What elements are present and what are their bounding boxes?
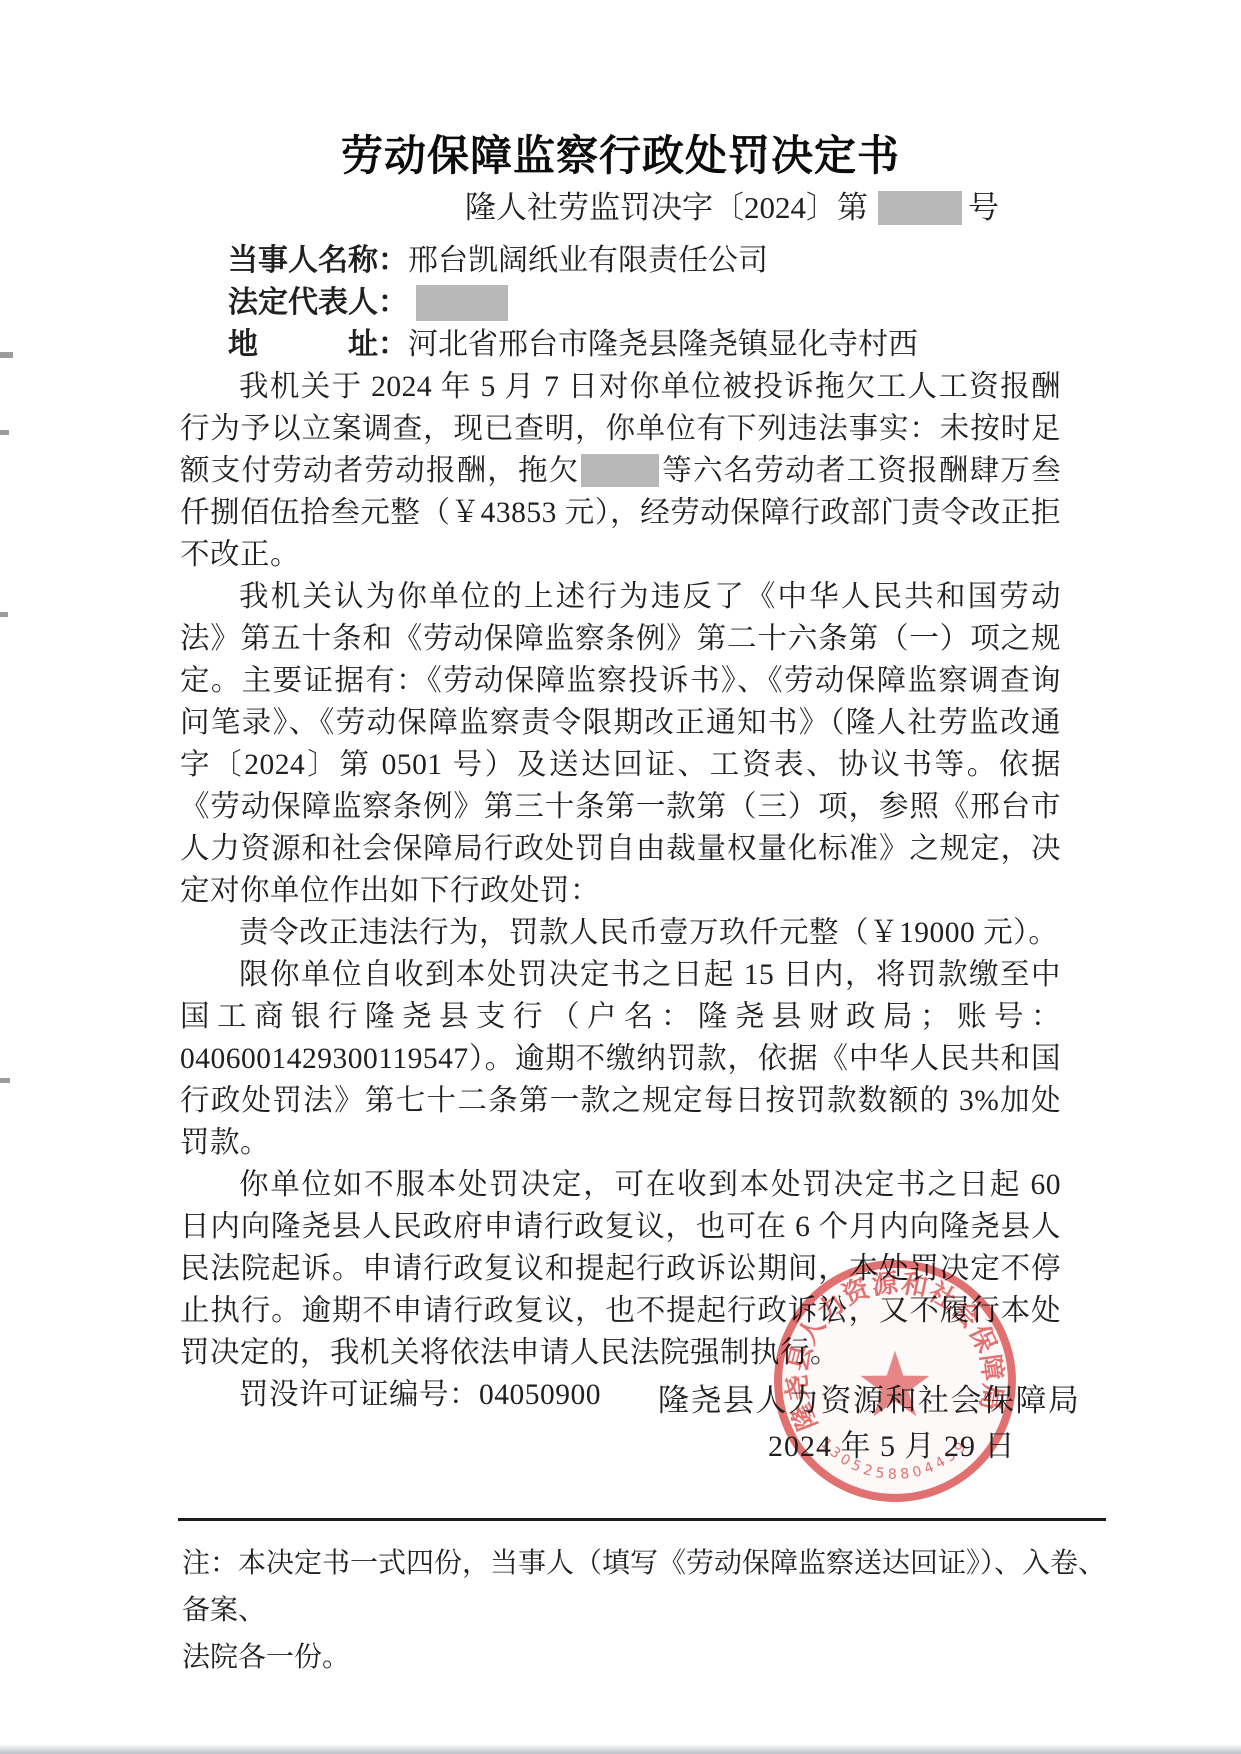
footer-note: 注：本决定书一式四份，当事人（填写《劳动保障监察送达回证》）、入卷、备案、 法院… — [182, 1540, 1132, 1681]
party-name-value: 邢台凯阔纸业有限责任公司 — [408, 244, 768, 277]
worker-name-redaction-box — [581, 454, 659, 487]
field-party-name: 当事人名称：邢台凯阔纸业有限责任公司 — [228, 240, 1061, 282]
paragraph-case-facts: 我机关于 2024 年 5 月 7 日对你单位被投诉拖欠工人工资报酬行为予以立案… — [180, 366, 1061, 576]
address-value: 河北省邢台市隆尧县隆尧镇显化寺村西 — [408, 328, 918, 361]
scan-artifact — [0, 1078, 10, 1083]
scan-artifact — [0, 612, 8, 617]
footer-note-line1: 注：本决定书一式四份，当事人（填写《劳动保障监察送达回证》）、入卷、备案、 — [182, 1548, 1106, 1626]
doc-number-prefix: 隆人社劳监罚决字〔2024〕第 — [465, 190, 868, 225]
paragraph-payment-instructions: 限你单位自收到本处罚决定书之日起 15 日内，将罚款缴至中国工商银行隆尧县支行（… — [180, 954, 1061, 1164]
scan-bottom-edge-artifact — [0, 1744, 1241, 1754]
legal-rep-label: 法定代表人： — [228, 286, 408, 319]
doc-number-line: 隆人社劳监罚决字〔2024〕第号 — [180, 188, 1061, 228]
legal-rep-redaction-box — [416, 285, 508, 321]
signature-agency: 隆尧县人力资源和社会保障局 — [658, 1375, 1081, 1420]
address-label: 地 址： — [228, 328, 408, 361]
field-legal-representative: 法定代表人： — [228, 282, 1061, 324]
scan-artifact — [0, 352, 13, 358]
doc-number-redaction-box — [878, 191, 962, 225]
document-title: 劳动保障监察行政处罚决定书 — [180, 128, 1061, 184]
footer-note-line2: 法院各一份。 — [182, 1642, 350, 1673]
doc-number-suffix: 号 — [968, 190, 999, 225]
party-name-label: 当事人名称： — [228, 244, 408, 277]
signature-date: 2024 年 5 月 29 日 — [768, 1421, 1016, 1465]
scanned-penalty-decision-page: 劳动保障监察行政处罚决定书 隆人社劳监罚决字〔2024〕第号 当事人名称：邢台凯… — [0, 0, 1241, 1754]
party-info-section: 当事人名称：邢台凯阔纸业有限责任公司 法定代表人： 地 址：河北省邢台市隆尧县隆… — [180, 240, 1061, 366]
scan-artifact — [0, 430, 9, 435]
field-address: 地 址：河北省邢台市隆尧县隆尧镇显化寺村西 — [228, 324, 1061, 366]
footer-divider-line — [178, 1518, 1106, 1521]
paragraph-legal-basis: 我机关认为你单位的上述行为违反了《中华人民共和国劳动法》第五十条和《劳动保障监察… — [180, 576, 1061, 912]
paragraph-penalty-decision: 责令改正违法行为，罚款人民币壹万玖仟元整（￥19000 元）。 — [180, 912, 1061, 954]
